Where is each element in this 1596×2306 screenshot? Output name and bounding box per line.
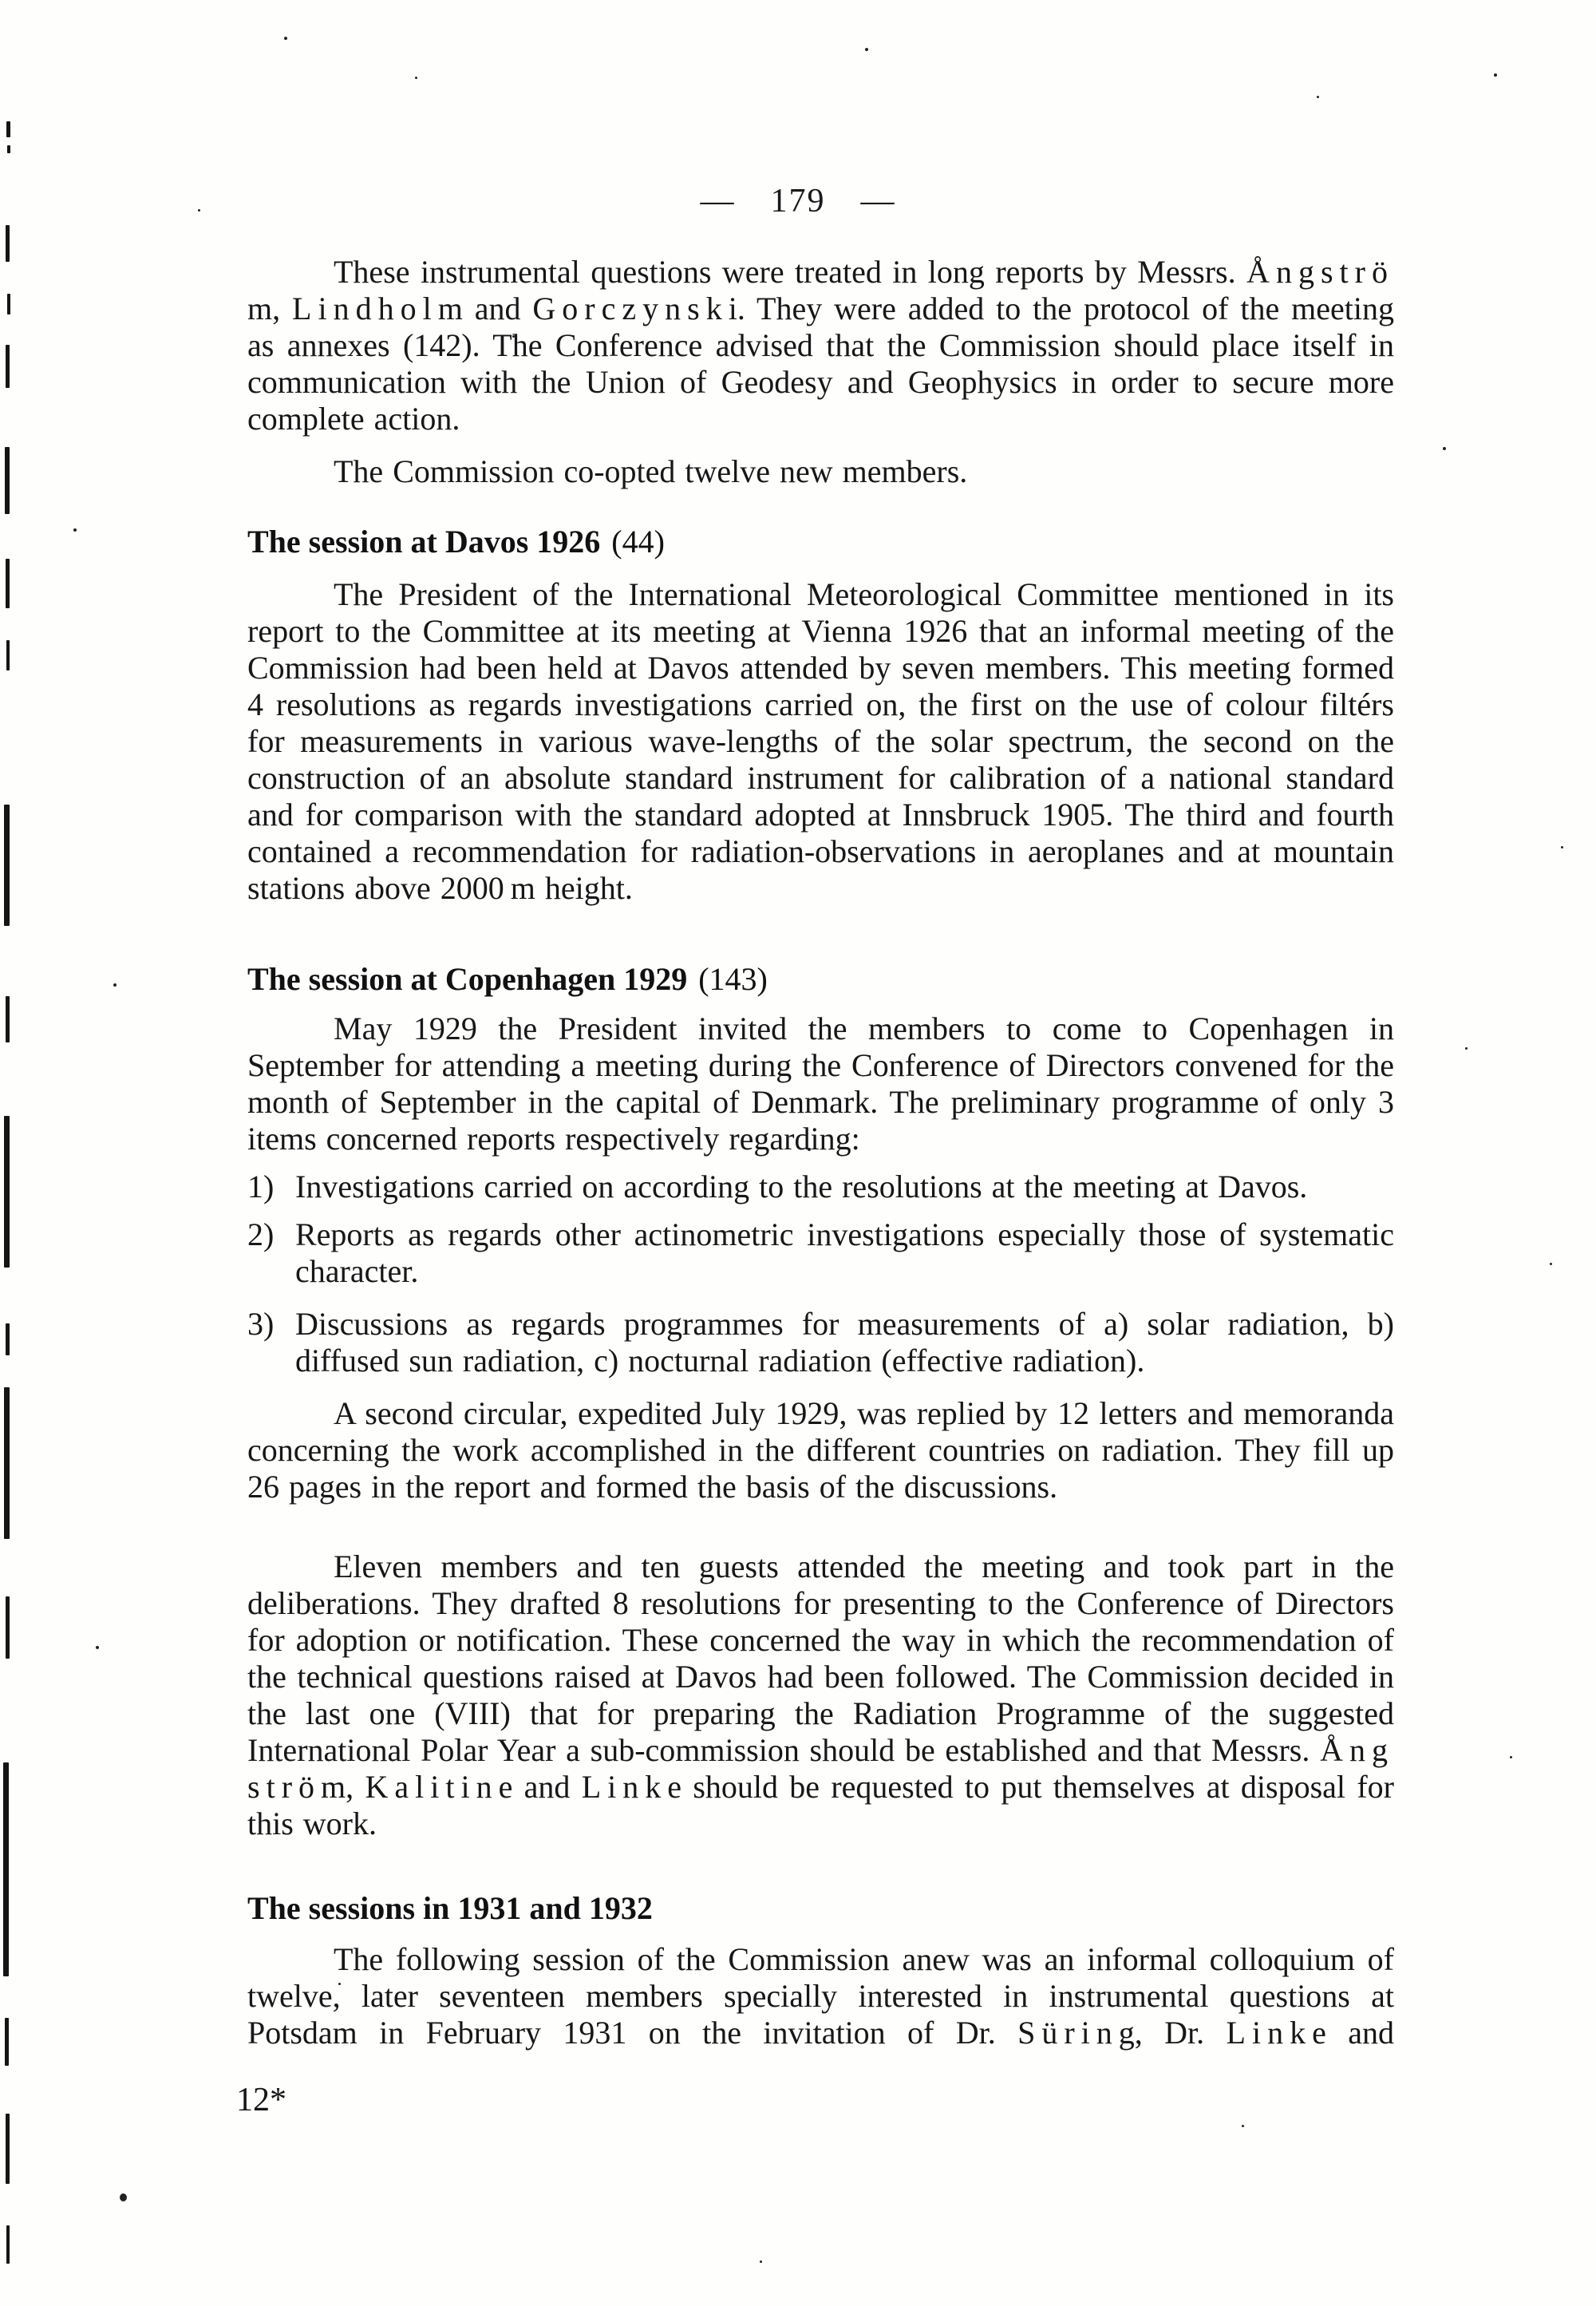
scan-speck [120,2193,127,2201]
scan-speck [1317,96,1319,98]
list-item: 2) Reports as regards other actinometric… [247,1216,1394,1290]
signature-mark: 12* [236,2082,286,2118]
heading-ref: (44) [611,524,665,560]
section-heading-1931-1932: The sessions in 1931 and 1932 [247,1890,1394,1927]
section-heading-davos: The session at Davos 1926(44) [247,524,1394,560]
list-item: 3) Discussions as regards programmes for… [247,1306,1394,1379]
list-item: 1) Investigations carried on according t… [247,1169,1394,1205]
list-marker: 1) [247,1169,295,1205]
page-number: — 179 — [0,182,1596,220]
scan-speck [1550,1263,1552,1265]
scan-speck [96,1646,99,1649]
list-item-text: Reports as regards other actinometric in… [295,1216,1394,1290]
paragraph-second-circular: A second circular, expedited July 1929, … [247,1395,1394,1505]
list-marker: 3) [247,1306,295,1379]
scan-speck [73,528,77,532]
heading-ref: (143) [698,961,768,997]
list-item-text: Investigations carried on according to t… [295,1169,1394,1205]
scan-speck [1242,2125,1244,2127]
list-item-text: Discussions as regards programmes for me… [295,1306,1394,1379]
scanned-page: — 179 — These instrumental questions wer… [0,0,1596,2306]
list-marker: 2) [247,1216,295,1290]
scan-speck [1465,1047,1468,1050]
paragraph-eleven-members: Eleven members and ten guests attended t… [247,1549,1394,1842]
paragraph-davos-session: The President of the International Meteo… [247,576,1394,907]
paragraph-copenhagen-invite: May 1929 the President invited the membe… [247,1011,1394,1157]
scan-speck [284,37,287,40]
heading-title: The sessions in 1931 and 1932 [247,1890,653,1926]
section-heading-copenhagen: The session at Copenhagen 1929(143) [247,961,1394,998]
scan-speck [1510,1756,1512,1758]
scan-speck [760,2261,762,2263]
paragraph-instrumental-questions: These instrumental questions were treate… [247,254,1394,437]
scan-speck [865,48,868,51]
heading-title: The session at Davos 1926 [247,524,600,560]
scan-speck [113,983,117,987]
paragraph-co-opted-members: The Commission co-opted twelve new membe… [247,453,1394,490]
scan-speck [1494,73,1497,77]
scan-speck [1561,846,1563,848]
heading-title: The session at Copenhagen 1929 [247,961,687,997]
scan-speck [415,77,417,79]
paragraph-1931-colloquium: The following session of the Commission … [247,1941,1394,2051]
scan-speck [1443,447,1446,450]
